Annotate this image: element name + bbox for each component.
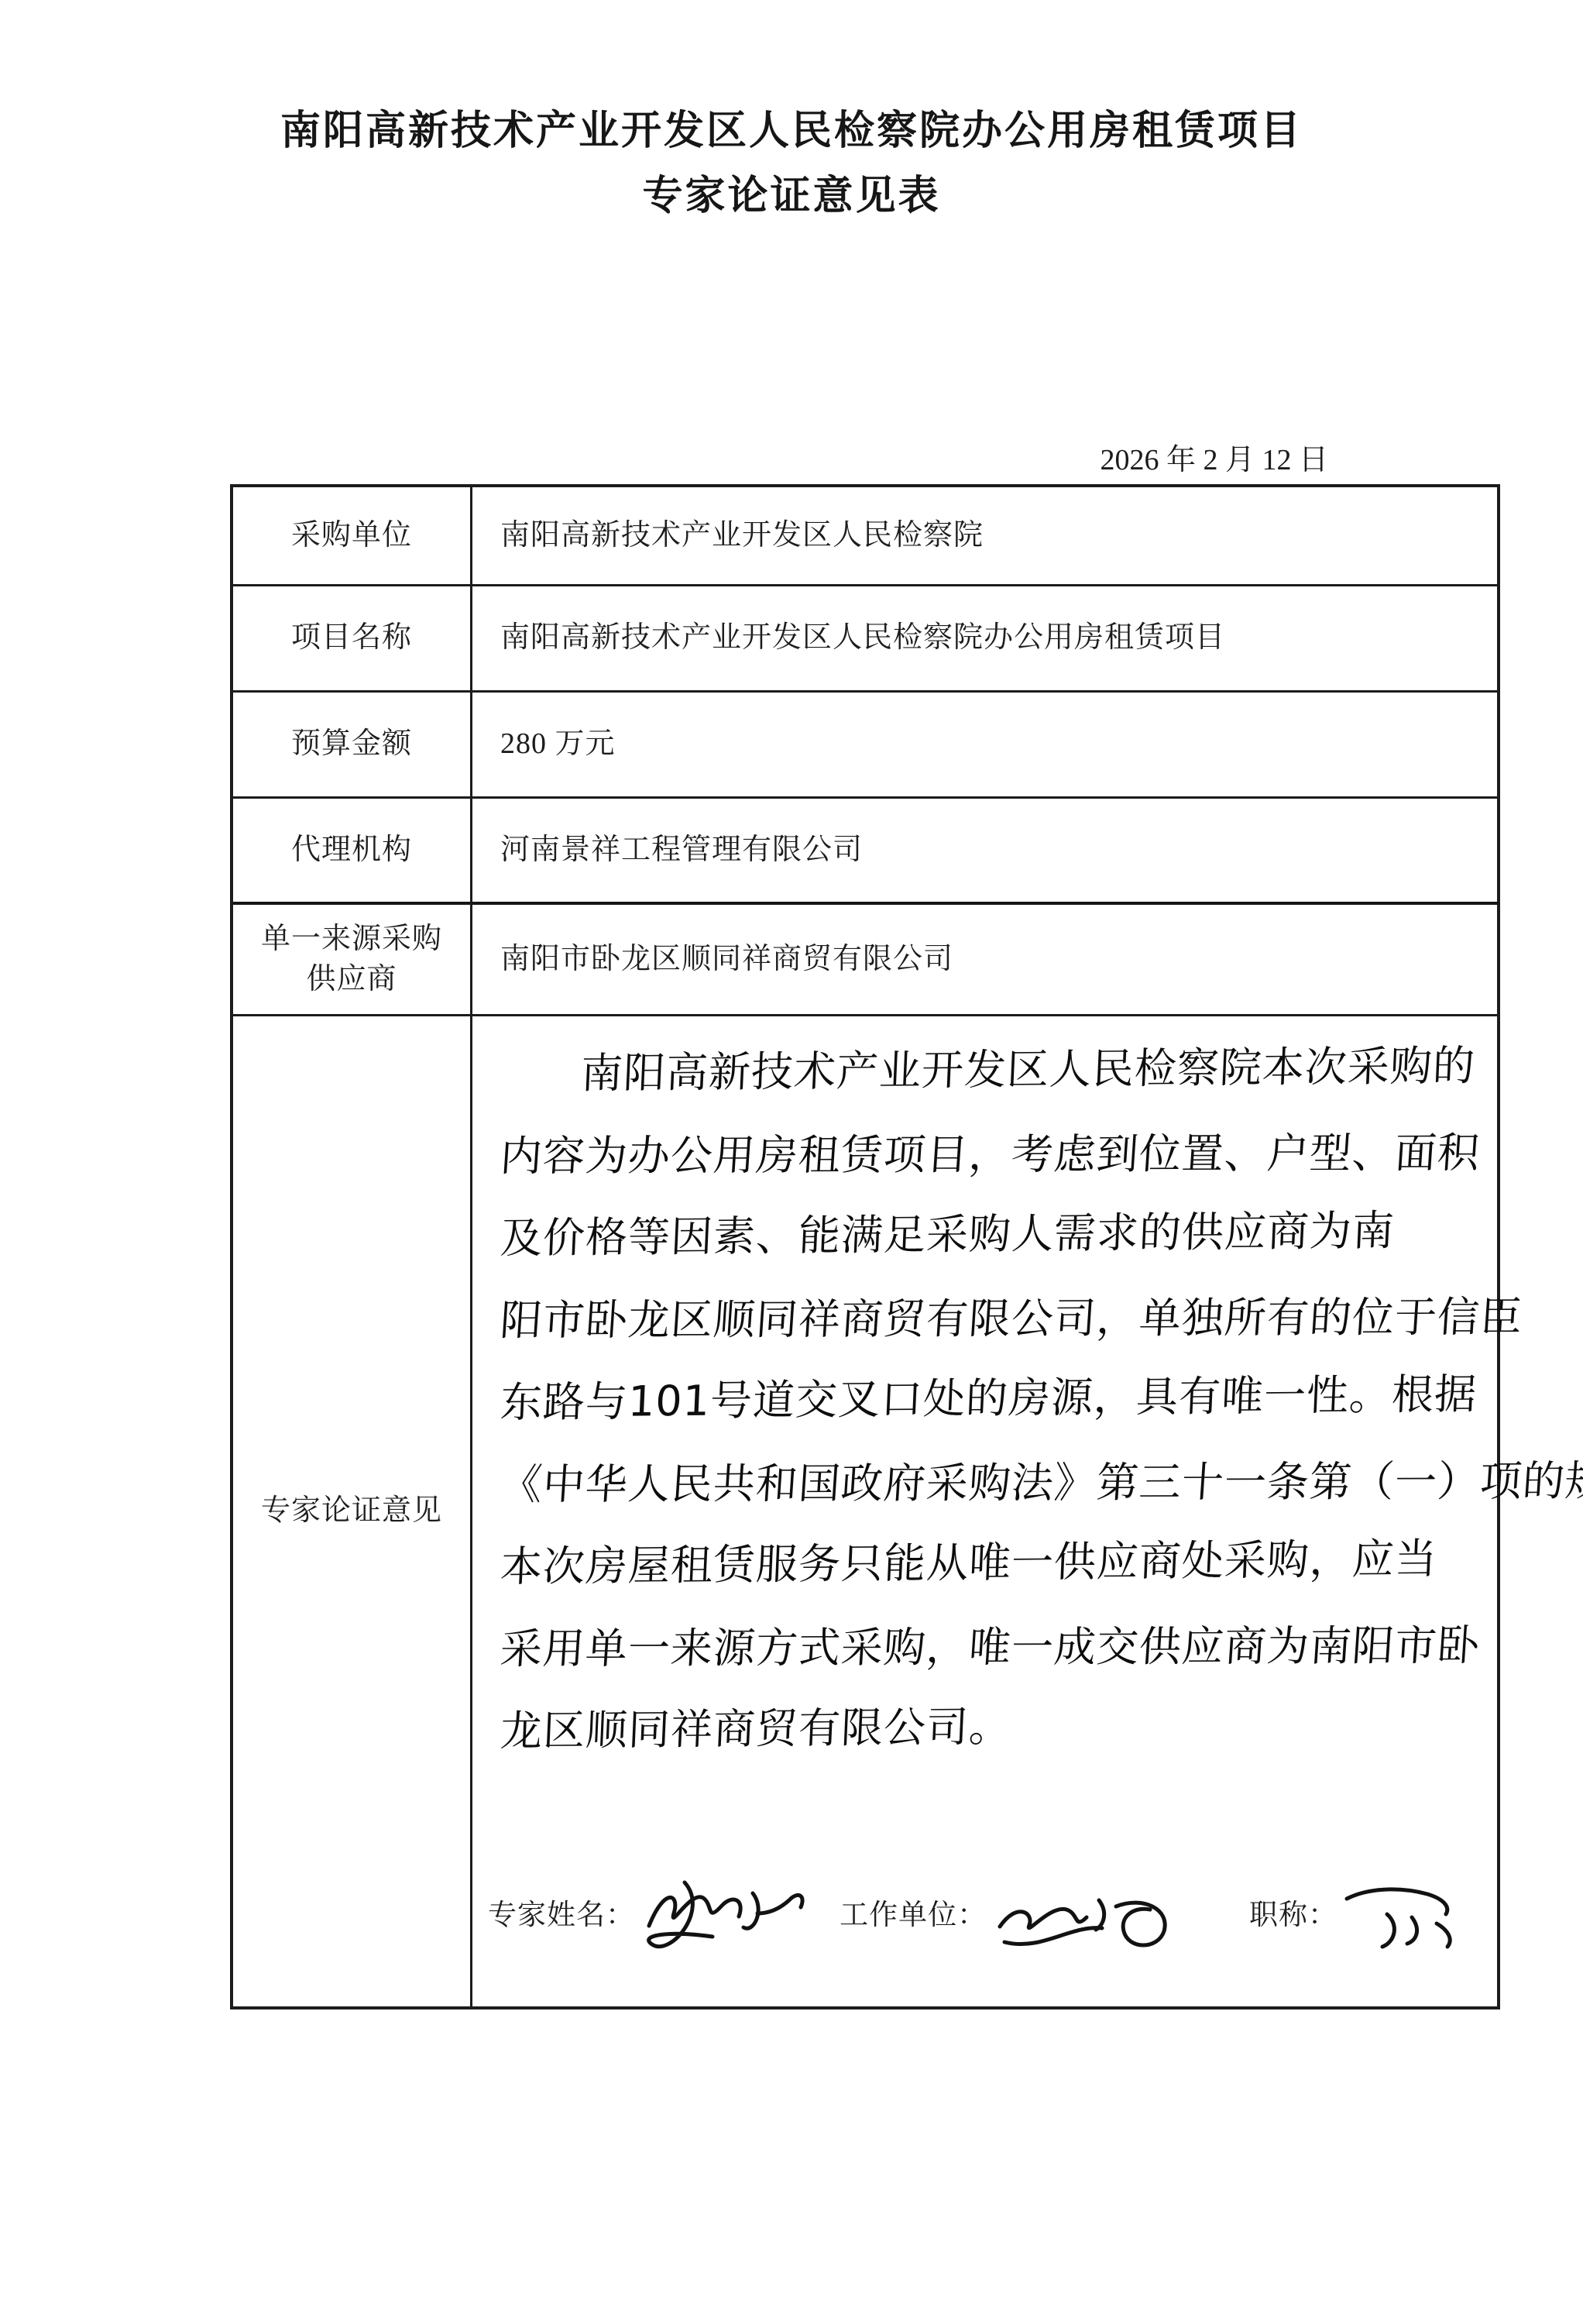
handwritten-line: 本次房屋租赁服务只能从唯一供应商处采购，应当: [499, 1518, 1492, 1608]
row-value-purchasing-unit: 南阳高新技术产业开发区人民检察院: [470, 487, 1500, 584]
handwritten-line: 内容为办公用房租赁项目，考虑到位置、户型、面积: [497, 1112, 1492, 1198]
title-line-1: 南阳高新技术产业开发区人民检察院办公用房租赁项目: [0, 107, 1583, 155]
signature-row: 专家姓名： 工作单位：: [488, 1865, 1485, 1966]
professional-title-label: 职称：: [1249, 1896, 1337, 1935]
expert-name-label: 专家姓名：: [488, 1896, 635, 1935]
document-date: 2026 年 2 月 12 日: [230, 435, 1500, 478]
handwritten-line: 南阳高新技术产业开发区人民检察院本次采购的: [499, 1025, 1492, 1116]
title-line-2: 专家论证意见表: [0, 172, 1583, 220]
handwritten-line: 《中华人民共和国政府采购法》第三十一条第（一）项的规定，: [497, 1441, 1492, 1526]
handwritten-line: 阳市卧龙区顺同祥商贸有限公司，单独所有的位于信臣: [497, 1277, 1492, 1362]
professional-title-signature: [1337, 1869, 1485, 1962]
row-label-expert-opinion: 专家论证意见: [233, 1014, 470, 2006]
work-unit-signature: [992, 1869, 1224, 1962]
row-label-purchasing-unit: 采购单位: [233, 487, 470, 584]
row-value-single-source-supplier: 南阳市卧龙区顺同祥商贸有限公司: [470, 902, 1500, 1014]
row-label-budget-amount: 预算金额: [233, 690, 470, 796]
info-table: 采购单位 南阳高新技术产业开发区人民检察院 项目名称 南阳高新技术产业开发区人民…: [230, 484, 1500, 2009]
work-unit-label: 工作单位：: [840, 1896, 987, 1935]
row-label-single-source-supplier: 单一来源采购供应商: [233, 902, 470, 1014]
row-value-project-name: 南阳高新技术产业开发区人民检察院办公用房租赁项目: [470, 584, 1500, 690]
handwritten-line: 及价格等因素、能满足采购人需求的供应商为南: [499, 1189, 1492, 1280]
row-label-agency: 代理机构: [233, 796, 470, 902]
handwritten-line: 龙区顺同祥商贸有限公司。: [499, 1682, 1492, 1772]
handwritten-line: 采用单一来源方式采购，唯一成交供应商为南阳市卧: [497, 1605, 1492, 1690]
document-title: 南阳高新技术产业开发区人民检察院办公用房租赁项目 专家论证意见表: [0, 0, 1583, 220]
expert-opinion-cell: 南阳高新技术产业开发区人民检察院本次采购的 内容为办公用房租赁项目，考虑到位置、…: [470, 1014, 1500, 2006]
row-value-agency: 河南景祥工程管理有限公司: [470, 796, 1500, 902]
scanned-document: 南阳高新技术产业开发区人民检察院办公用房租赁项目 专家论证意见表 2026 年 …: [0, 0, 1583, 2324]
handwritten-line: 东路与101号道交叉口处的房源，具有唯一性。根据: [499, 1353, 1492, 1444]
expert-name-signature: [635, 1865, 829, 1966]
row-label-project-name: 项目名称: [233, 584, 470, 690]
row-value-budget-amount: 280 万元: [470, 690, 1500, 796]
